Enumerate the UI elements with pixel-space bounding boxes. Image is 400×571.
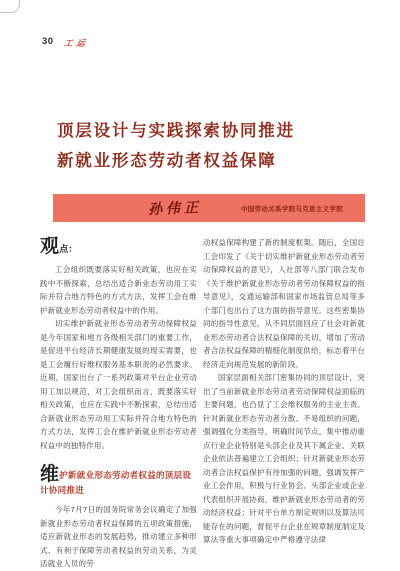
article-columns: 观点： 工会组织既要落实好相关政策，也应在实践中不断探索，总结出适合新业态劳动用… [40, 236, 366, 571]
byline-band: 孙伟正 中国劳动关系学院马克思主义学院 [53, 194, 365, 222]
column-left: 观点： 工会组织既要落实好相关政策，也应在实践中不断探索，总结出适合新业态劳动用… [40, 236, 197, 571]
page-number: 30 [42, 36, 54, 47]
section1-heading-big-char: 维 [40, 464, 59, 485]
section1-paragraph-2: 国家层面相关部门密集协同的顶层设计，突出了当前新就业形态劳动者劳动保障权益面临的… [203, 371, 365, 547]
viewpoint-quote: 工会组织既要落实好相关政策，也应在实践中不断探索，总结出适合新业态劳动用工实际并… [40, 263, 197, 317]
author-affiliation: 中国劳动关系学院马克思主义学院 [241, 204, 343, 213]
masthead-logo: 工运 [63, 37, 90, 49]
viewpoint-label-big-char: 观 [40, 236, 59, 257]
section1-heading-text: 护新就业形态劳动者权益的顶层设计协同推进 [40, 470, 191, 495]
section1-paragraph-continued: 动权益保障构建了新的制度框架。随后，全国总工会印发了《关于切实维护新就业形态劳动… [203, 236, 365, 371]
section1-paragraph-left: 今年7月7日的国务院常务会议确定了加强新就业形态劳动者权益保障的五项政策措施，适… [40, 503, 197, 571]
section1-heading: 维护新就业形态劳动者权益的顶层设计协同推进 [40, 468, 197, 498]
intro-paragraph: 切实维护新就业形态劳动者劳动保障权益是今年国家和地方各级相关部门的重要工作，是促… [40, 317, 197, 452]
viewpoint-label: 观点： [40, 236, 197, 261]
magazine-page: 30 工运 顶层设计与实践探索协同推进 新就业形态劳动者权益保障 孙伟正 中国劳… [0, 0, 400, 571]
article-title-line1: 顶层设计与实践探索协同推进 [57, 116, 377, 146]
page-corner-frame-artifact [0, 0, 20, 13]
column-right: 动权益保障构建了新的制度框架。随后，全国总工会印发了《关于切实维护新就业形态劳动… [203, 236, 365, 571]
viewpoint-label-small: 点： [59, 244, 77, 254]
article-title-line2: 新就业形态劳动者权益保障 [57, 146, 377, 176]
article-title: 顶层设计与实践探索协同推进 新就业形态劳动者权益保障 [57, 116, 377, 176]
author-signature: 孙伟正 [148, 197, 203, 219]
